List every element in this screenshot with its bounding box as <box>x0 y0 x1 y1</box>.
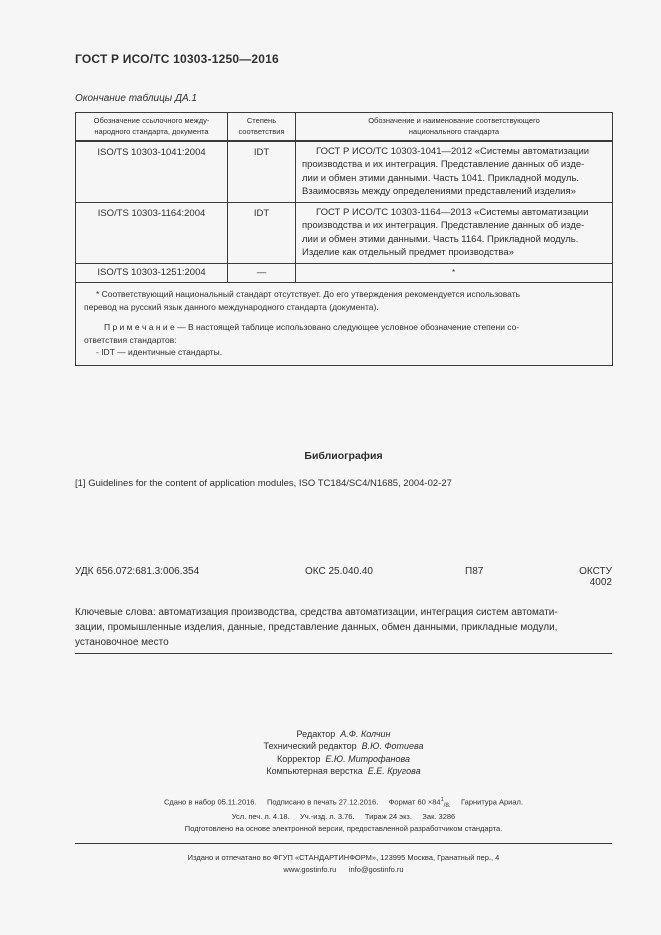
udk-code: УДК 656.072:681.3:006.354 <box>75 566 305 588</box>
document-page: ГОСТ Р ИСО/ТС 10303-1250—2016 Окончание … <box>0 0 661 935</box>
ref-standard-cell: ISO/TS 10303-1251:2004 <box>76 263 228 283</box>
correspondence-table: Обозначение ссылочного между- народного … <box>75 112 613 366</box>
standard-number: ГОСТ Р ИСО/ТС 10303-1250—2016 <box>75 52 612 66</box>
conformity-cell: IDT <box>228 141 296 203</box>
ref-standard-cell: ISO/TS 10303-1041:2004 <box>76 141 228 203</box>
classification-codes: УДК 656.072:681.3:006.354 ОКС 25.040.40 … <box>75 566 612 588</box>
col-header-national-standard: Обозначение и наименование соответствующ… <box>296 113 613 141</box>
table-row: ISO/TS 10303-1164:2004 IDT ГОСТ Р ИСО/ТС… <box>76 202 613 263</box>
editors-block: РедакторА.Ф. Колчин Технический редактор… <box>75 728 612 778</box>
table-notes-row: * Соответствующий национальный стандарт … <box>76 283 613 366</box>
publisher-address: Издано и отпечатано во ФГУП «СТАНДАРТИНФ… <box>75 852 612 864</box>
table-note-idt: - IDT — идентичные стандарты. <box>84 346 604 359</box>
bibliography-heading: Библиография <box>75 450 612 462</box>
conformity-cell: — <box>228 263 296 283</box>
editor-name: В.Ю. Фотиева <box>362 741 424 751</box>
national-standard-cell: * <box>296 263 613 283</box>
imprint-line-3: Подготовлено на основе электронной верси… <box>75 823 612 835</box>
table-row: ISO/TS 10303-1041:2004 IDT ГОСТ Р ИСО/ТС… <box>76 141 613 203</box>
publisher-contacts: www.gostinfo.ru info@gostinfo.ru <box>75 864 612 876</box>
editor-line: КорректорЕ.Ю. Митрофанова <box>75 753 612 766</box>
editor-line: Компьютерная версткаЕ.Е. Кругова <box>75 765 612 778</box>
imprint-line-1: Сдано в набор 05.11.2016. Подписано в пе… <box>75 795 612 812</box>
keywords-paragraph: Ключевые слова: автоматизация производст… <box>75 605 612 654</box>
editor-name: А.Ф. Колчин <box>340 729 390 739</box>
national-standard-cell: ГОСТ Р ИСО/ТС 10303-1164—2013 «Системы а… <box>296 202 613 263</box>
ref-standard-cell: ISO/TS 10303-1164:2004 <box>76 202 228 263</box>
imprint-typeset-info: Сдано в набор 05.11.2016. Подписано в пе… <box>164 797 441 806</box>
oks-code: ОКС 25.040.40 <box>305 566 465 588</box>
table-caption: Окончание таблицы ДА.1 <box>75 93 612 104</box>
table-header-row: Обозначение ссылочного между- народного … <box>76 113 613 141</box>
divider-rule <box>75 843 612 844</box>
table-notes-cell: * Соответствующий национальный стандарт … <box>76 283 613 366</box>
imprint-typeface-info: Гарнитура Ариал. <box>451 797 523 806</box>
editor-name: Е.Е. Кругова <box>368 766 421 776</box>
imprint-line-2: Усл. печ. л. 4.18. Уч.-изд. л. 3.76. Тир… <box>75 811 612 823</box>
editor-name: Е.Ю. Митрофанова <box>325 754 410 764</box>
col-header-ref-standard: Обозначение ссылочного между- народного … <box>76 113 228 141</box>
okstu-code: ОКСТУ 4002 <box>555 566 612 588</box>
editor-role: Редактор <box>297 729 336 739</box>
format-fraction-denominator: /8. <box>444 802 451 809</box>
table-footnote: * Соответствующий национальный стандарт … <box>84 288 604 313</box>
imprint-block: Сдано в набор 05.11.2016. Подписано в пе… <box>75 795 612 835</box>
table-row: ISO/TS 10303-1251:2004 — * <box>76 263 613 283</box>
editor-role: Компьютерная верстка <box>266 766 362 776</box>
table-note: П р и м е ч а н и е — В настоящей таблиц… <box>84 321 604 346</box>
editor-role: Корректор <box>277 754 320 764</box>
publisher-block: Издано и отпечатано во ФГУП «СТАНДАРТИНФ… <box>75 852 612 875</box>
bibliography-entry: [1] Guidelines for the content of applic… <box>75 478 612 489</box>
editor-line: Технический редакторВ.Ю. Фотиева <box>75 740 612 753</box>
conformity-cell: IDT <box>228 202 296 263</box>
col-header-conformity: Степень соответствия <box>228 113 296 141</box>
national-standard-cell: ГОСТ Р ИСО/ТС 10303-1041—2012 «Системы а… <box>296 141 613 203</box>
p-index-code: П87 <box>465 566 555 588</box>
editor-role: Технический редактор <box>263 741 356 751</box>
editor-line: РедакторА.Ф. Колчин <box>75 728 612 741</box>
